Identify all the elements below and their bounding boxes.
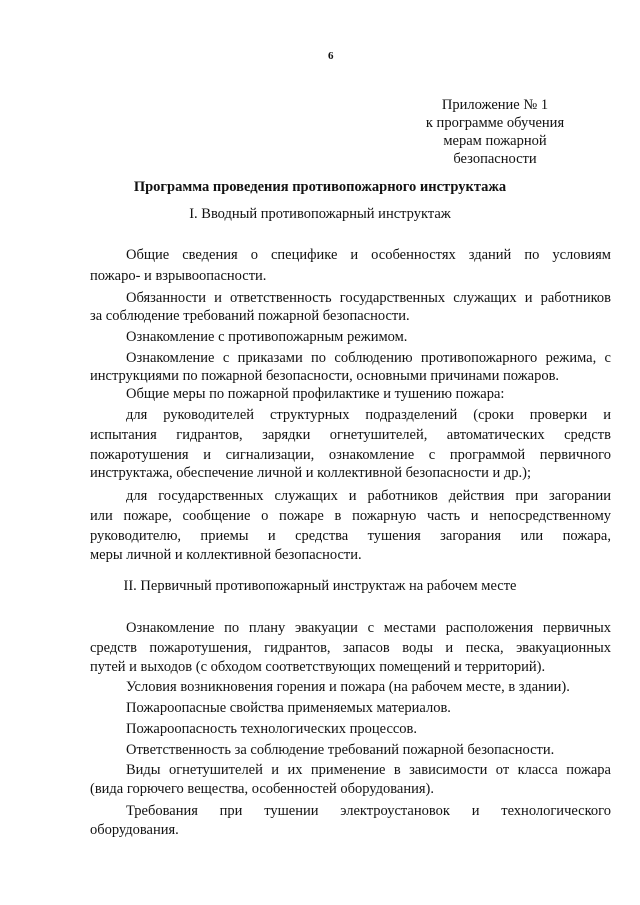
paragraph-line: Ознакомление с противопожарным режимом. [126,328,611,347]
paragraph-line: Ответственность за соблюдение требований… [126,741,611,760]
document-title: Программа проведения противопожарного ин… [0,179,640,196]
appendix-line: мерам пожарной [400,132,590,150]
paragraph-line: пожаротушения и сигнализации, ознакомлен… [90,446,611,465]
paragraph-line: руководителю, приемы и средства тушения … [90,527,611,546]
paragraph-line: Ознакомление по плану эвакуации с местам… [126,619,611,638]
paragraph-line: за соблюдение требований пожарной безопа… [90,307,611,326]
paragraph-line: (вида горючего вещества, особенностей об… [90,780,611,799]
paragraph-line: Обязанности и ответственность государств… [126,289,611,308]
paragraph-line: Общие меры по пожарной профилактике и ту… [126,385,611,404]
paragraph-line: путей и выходов (с обходом соответствующ… [90,658,611,677]
appendix-line: безопасности [400,150,590,168]
paragraph-line: Ознакомление с приказами по соблюдению п… [126,349,611,368]
paragraph-line: испытания гидрантов, зарядки огнетушител… [90,426,611,445]
paragraph-line: или пожаре, сообщение о пожаре в пожарну… [90,507,611,526]
paragraph-line: Условия возникновения горения и пожара (… [126,678,611,697]
paragraph-line: Общие сведения о специфике и особенностя… [126,246,611,265]
paragraph-line: инструктажа, обеспечение личной и коллек… [90,464,611,483]
section-2-heading: II. Первичный противопожарный инструктаж… [0,578,640,595]
page-number: 6 [328,50,334,62]
paragraph-line: меры личной и коллективной безопасности. [90,546,611,565]
paragraph-line: инструкциями по пожарной безопасности, о… [90,367,611,386]
paragraph-line: для государственных служащих и работнико… [126,487,611,506]
paragraph-line: Пожароопасные свойства применяемых матер… [126,699,611,718]
paragraph-line: средств пожаротушения, гидрантов, запасо… [90,639,611,658]
paragraph-line: для руководителей структурных подразделе… [126,406,611,425]
paragraph-line: пожаро- и взрывоопасности. [90,267,611,286]
paragraph-line: оборудования. [90,821,611,840]
section-1-heading: I. Вводный противопожарный инструктаж [0,206,640,223]
appendix-header: Приложение № 1 к программе обучения мера… [400,96,590,168]
paragraph-line: Виды огнетушителей и их применение в зав… [126,761,611,780]
document-page: 6 Приложение № 1 к программе обучения ме… [0,0,640,905]
appendix-line: Приложение № 1 [400,96,590,114]
paragraph-line: Требования при тушении электроустановок … [126,802,611,821]
paragraph-line: Пожароопасность технологических процессо… [126,720,611,739]
appendix-line: к программе обучения [400,114,590,132]
